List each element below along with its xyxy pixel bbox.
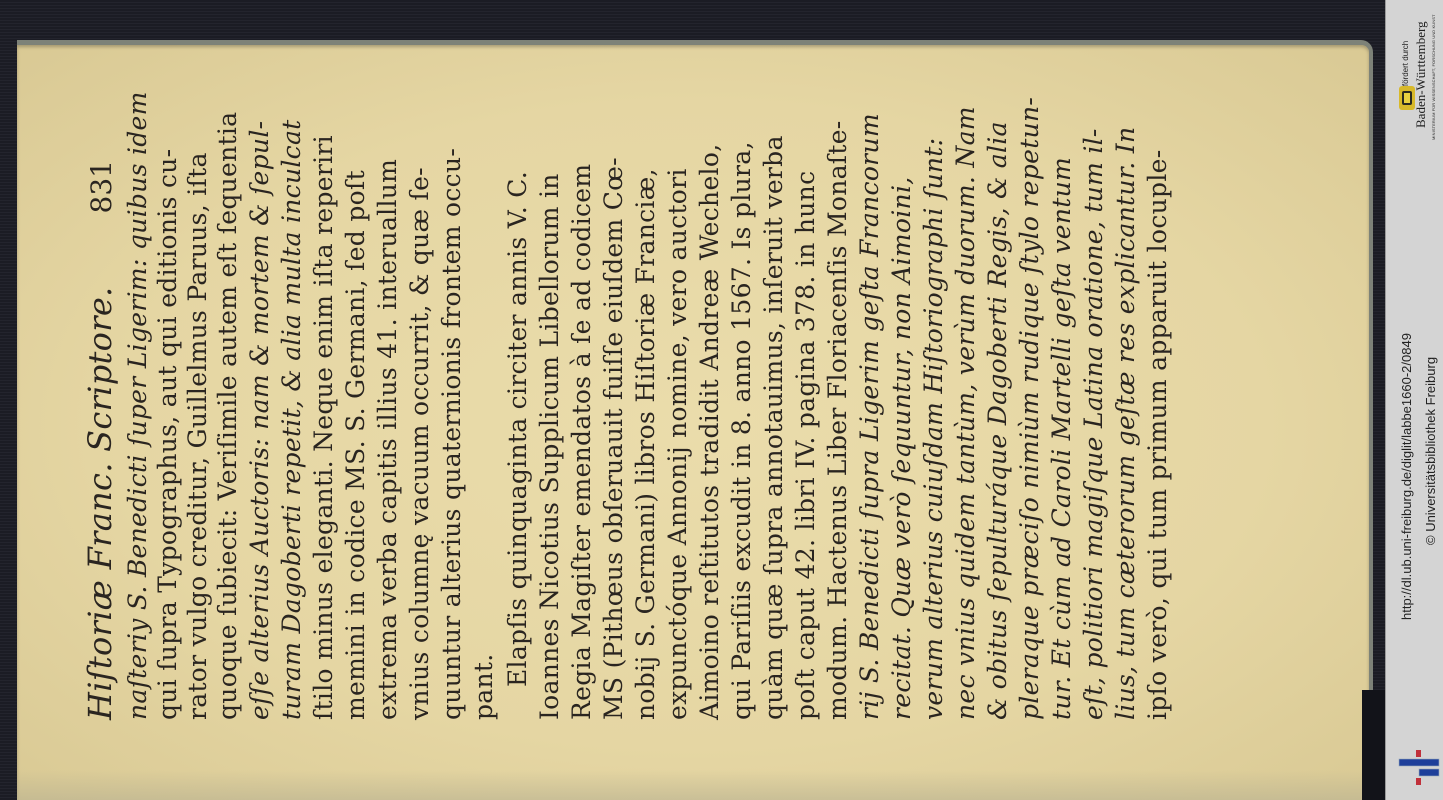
text-line: qui ſupra Typographus, aut qui editionis… — [153, 149, 183, 720]
text-line: rij S. Benedicti ſupra Ligerim geſta Fra… — [855, 113, 885, 720]
state-name: Baden-Württemberg — [1413, 21, 1429, 128]
text-line: Aimoino reſtitutos tradidit Andreæ Weche… — [695, 144, 725, 720]
page-shadow — [17, 770, 1367, 800]
text-line: quàm quæ ſupra annotauimus, inſeruit ver… — [759, 135, 789, 720]
text-line: turam Dagoberti repetit, & alia multa in… — [277, 119, 307, 720]
text-line: lius, tum cæterorum geſtæ res explicantu… — [1111, 127, 1141, 720]
text-line: qui Pariſiis excudit in 8. anno 1567. Is… — [727, 141, 757, 720]
text-line: pant. — [469, 653, 499, 720]
running-head: Hiſtoriæ Franc. Scriptore. — [85, 286, 115, 720]
text-line: Regia Magiſter emendatos à ſe ad codicem — [567, 164, 597, 720]
text-line: extrema verba capitis illius 41. interua… — [373, 159, 403, 720]
text-line: ſtilo minus eleganti. Neque enim iſta re… — [309, 135, 339, 720]
ministry-label: MINISTERIUM FÜR WISSENSCHAFT, FORSCHUNG … — [1431, 14, 1436, 140]
text-line: eſſe alterius Auctoris: nam & mortem & ſ… — [245, 121, 275, 720]
text-line: eſt, politiori magiſque Latina oratione,… — [1079, 128, 1109, 720]
text-line: expunctóque Annonij nomine, vero auctori — [663, 168, 693, 720]
text-line: MS (Pithœus obſeruauit fuiſſe eiuſdem Cœ… — [599, 157, 629, 720]
ub-freiburg-logo-icon — [1395, 745, 1441, 785]
text-line: ipſo verò, qui tum primum apparuit locup… — [1143, 150, 1173, 720]
text-line: verum alterius cuiuſdam Hiſtoriographi ſ… — [919, 138, 949, 720]
text-line: memini in codice MS. S. Germani, ſed poſ… — [341, 170, 371, 720]
text-line: nobij S. Germani) libros Hiſtoriæ Franci… — [631, 168, 661, 720]
text-line: nec vnius quidem tantùm, verùm duorum. N… — [951, 106, 981, 720]
text-line: quuntur alterius quaternionis frontem oc… — [437, 148, 467, 720]
text-line: quoque ſubiecit: Veriſimile autem eſt ſe… — [213, 112, 243, 720]
text-line: Ioannes Nicotius Supplicum Libellorum in — [535, 173, 565, 720]
text-line: pleraque præciſo nimiùm rudique ſtylo re… — [1015, 97, 1045, 720]
copyright-notice: © Universitätsbibliothek Freiburg — [1423, 357, 1438, 545]
text-line: rator vulgo creditur, Guillelmus Paruus,… — [183, 152, 213, 720]
book-gutter — [1362, 690, 1386, 800]
text-line: naſteriy S. Benedicti ſuper Ligerim: qui… — [123, 91, 153, 720]
text-line: poſt caput 42. libri IV. pagina 378. in … — [791, 171, 821, 720]
text-line: recitat. Quæ verò ſequuntur, non Aimoini… — [887, 177, 917, 721]
text-line: & obitus ſepulturáque Dagoberti Regis, &… — [983, 121, 1013, 720]
source-url[interactable]: http://dl.ub.uni-freiburg.de/diglit/labb… — [1399, 333, 1414, 620]
page-number: 831 — [85, 160, 118, 213]
text-line: modum. Hactenus Liber Floriacenſis Monaſ… — [823, 120, 853, 720]
page-text-block: Hiſtoriæ Franc. Scriptore. 831 naſteriy … — [85, 160, 1235, 720]
text-line: tur. Et cùm ad Caroli Martelli geſta ven… — [1047, 157, 1077, 720]
text-line: vnius columnę vacuum occurrit, & quæ ſe- — [405, 167, 435, 720]
text-line: Elapſis quinquaginta circiter annis V. C… — [503, 171, 533, 720]
